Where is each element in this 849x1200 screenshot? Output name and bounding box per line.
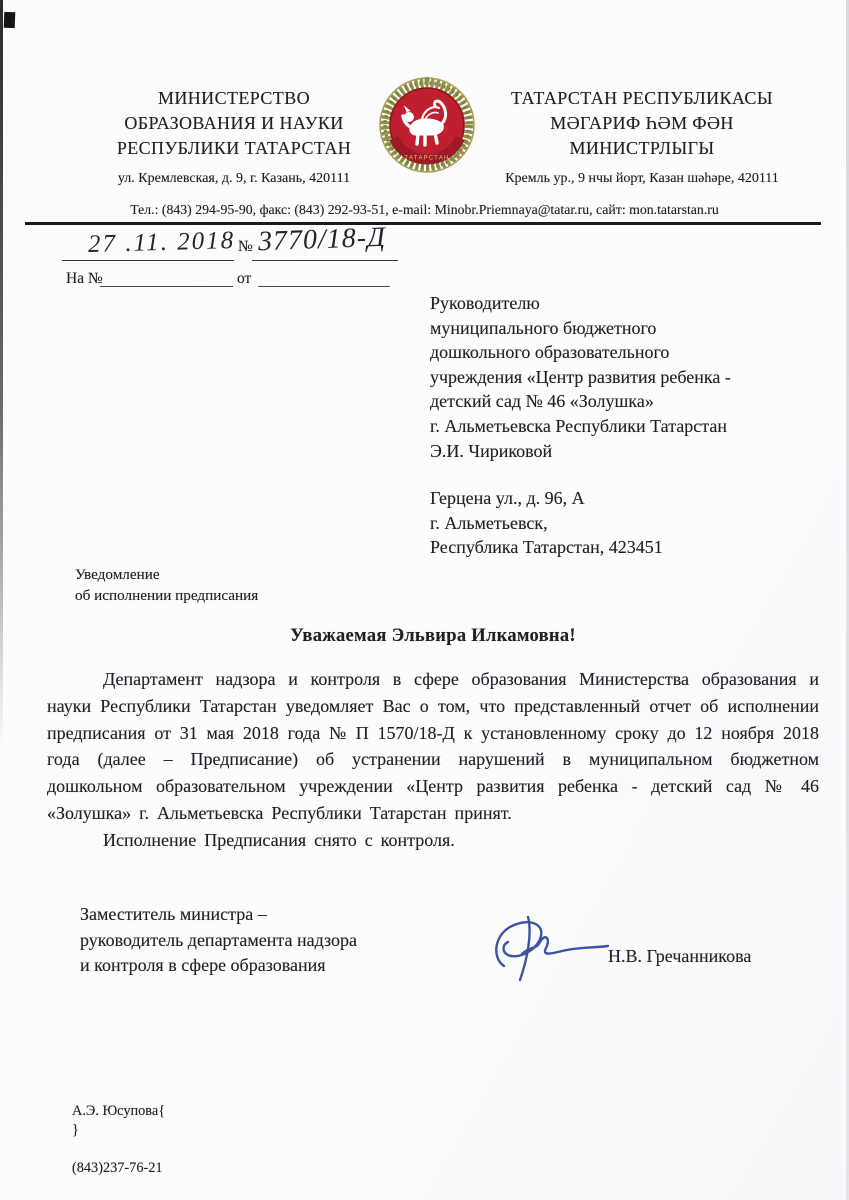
recipient-address-block: Герцена ул., д. 96, А г. Альметьевск, Ре… — [430, 486, 810, 560]
scan-edge-left — [0, 0, 3, 744]
body-paragraph-1: Департамент надзора и контроля в сфере о… — [47, 666, 819, 827]
scan-corner-mark — [4, 12, 16, 28]
date-underline — [62, 260, 234, 261]
reply-number-blank — [100, 286, 233, 287]
letter-body: Департамент надзора и контроля в сфере о… — [47, 666, 819, 854]
ministry-name-russian: МИНИСТЕРСТВО ОБРАЗОВАНИЯ И НАУКИ РЕСПУБЛ… — [98, 86, 370, 161]
ministry-address-russian: ул. Кремлевская, д. 9, г. Казань, 420111 — [88, 171, 380, 187]
number-sign-label: № — [238, 238, 253, 256]
emblem-label: ТАТАРСТАН — [404, 156, 449, 162]
handwritten-date: 27 .11. 2018 — [88, 227, 236, 259]
subject-block: Уведомление об исполнении предписания — [75, 565, 405, 606]
number-underline — [252, 260, 398, 261]
recipient-block: Руководителю муниципального бюджетного д… — [430, 291, 810, 463]
scanned-letter-page: МИНИСТЕРСТВО ОБРАЗОВАНИЯ И НАУКИ РЕСПУБЛ… — [0, 0, 849, 1200]
executor-contact: А.Э. Юсупова{ } (843)237-76-21 — [72, 1083, 165, 1178]
executor-name: А.Э. Юсупова — [72, 1103, 158, 1119]
ministry-name-tatar: ТАТАРСТАН РЕСПУБЛИКАСЫ МӘГАРИФ ҺӘМ ФӘН М… — [472, 86, 812, 161]
body-paragraph-2: Исполнение Предписания снято с контроля. — [47, 827, 819, 854]
contact-line: Тел.: (843) 294-95-90, факс: (843) 292-9… — [0, 202, 849, 218]
ministry-address-tatar: Кремль ур., 9 нчы йорт, Казан шәһәре, 42… — [467, 171, 817, 187]
signatory-name: Н.В. Гречанникова — [608, 946, 751, 967]
signatory-title: Заместитель министра – руководитель депа… — [80, 902, 420, 979]
executor-phone: (843)237-76-21 — [72, 1160, 163, 1176]
header-divider — [25, 222, 821, 225]
reply-date-blank — [258, 286, 390, 287]
signature-ink-icon — [488, 912, 623, 990]
tatarstan-emblem-icon: ТАТАРСТАН — [377, 72, 477, 178]
reply-to-number-label: На № — [66, 270, 103, 288]
salutation: Уважаемая Эльвира Илкамовна! — [47, 626, 819, 647]
handwritten-outgoing-number: 3770/18-Д — [257, 222, 386, 258]
reply-from-date-label: от — [237, 270, 251, 288]
